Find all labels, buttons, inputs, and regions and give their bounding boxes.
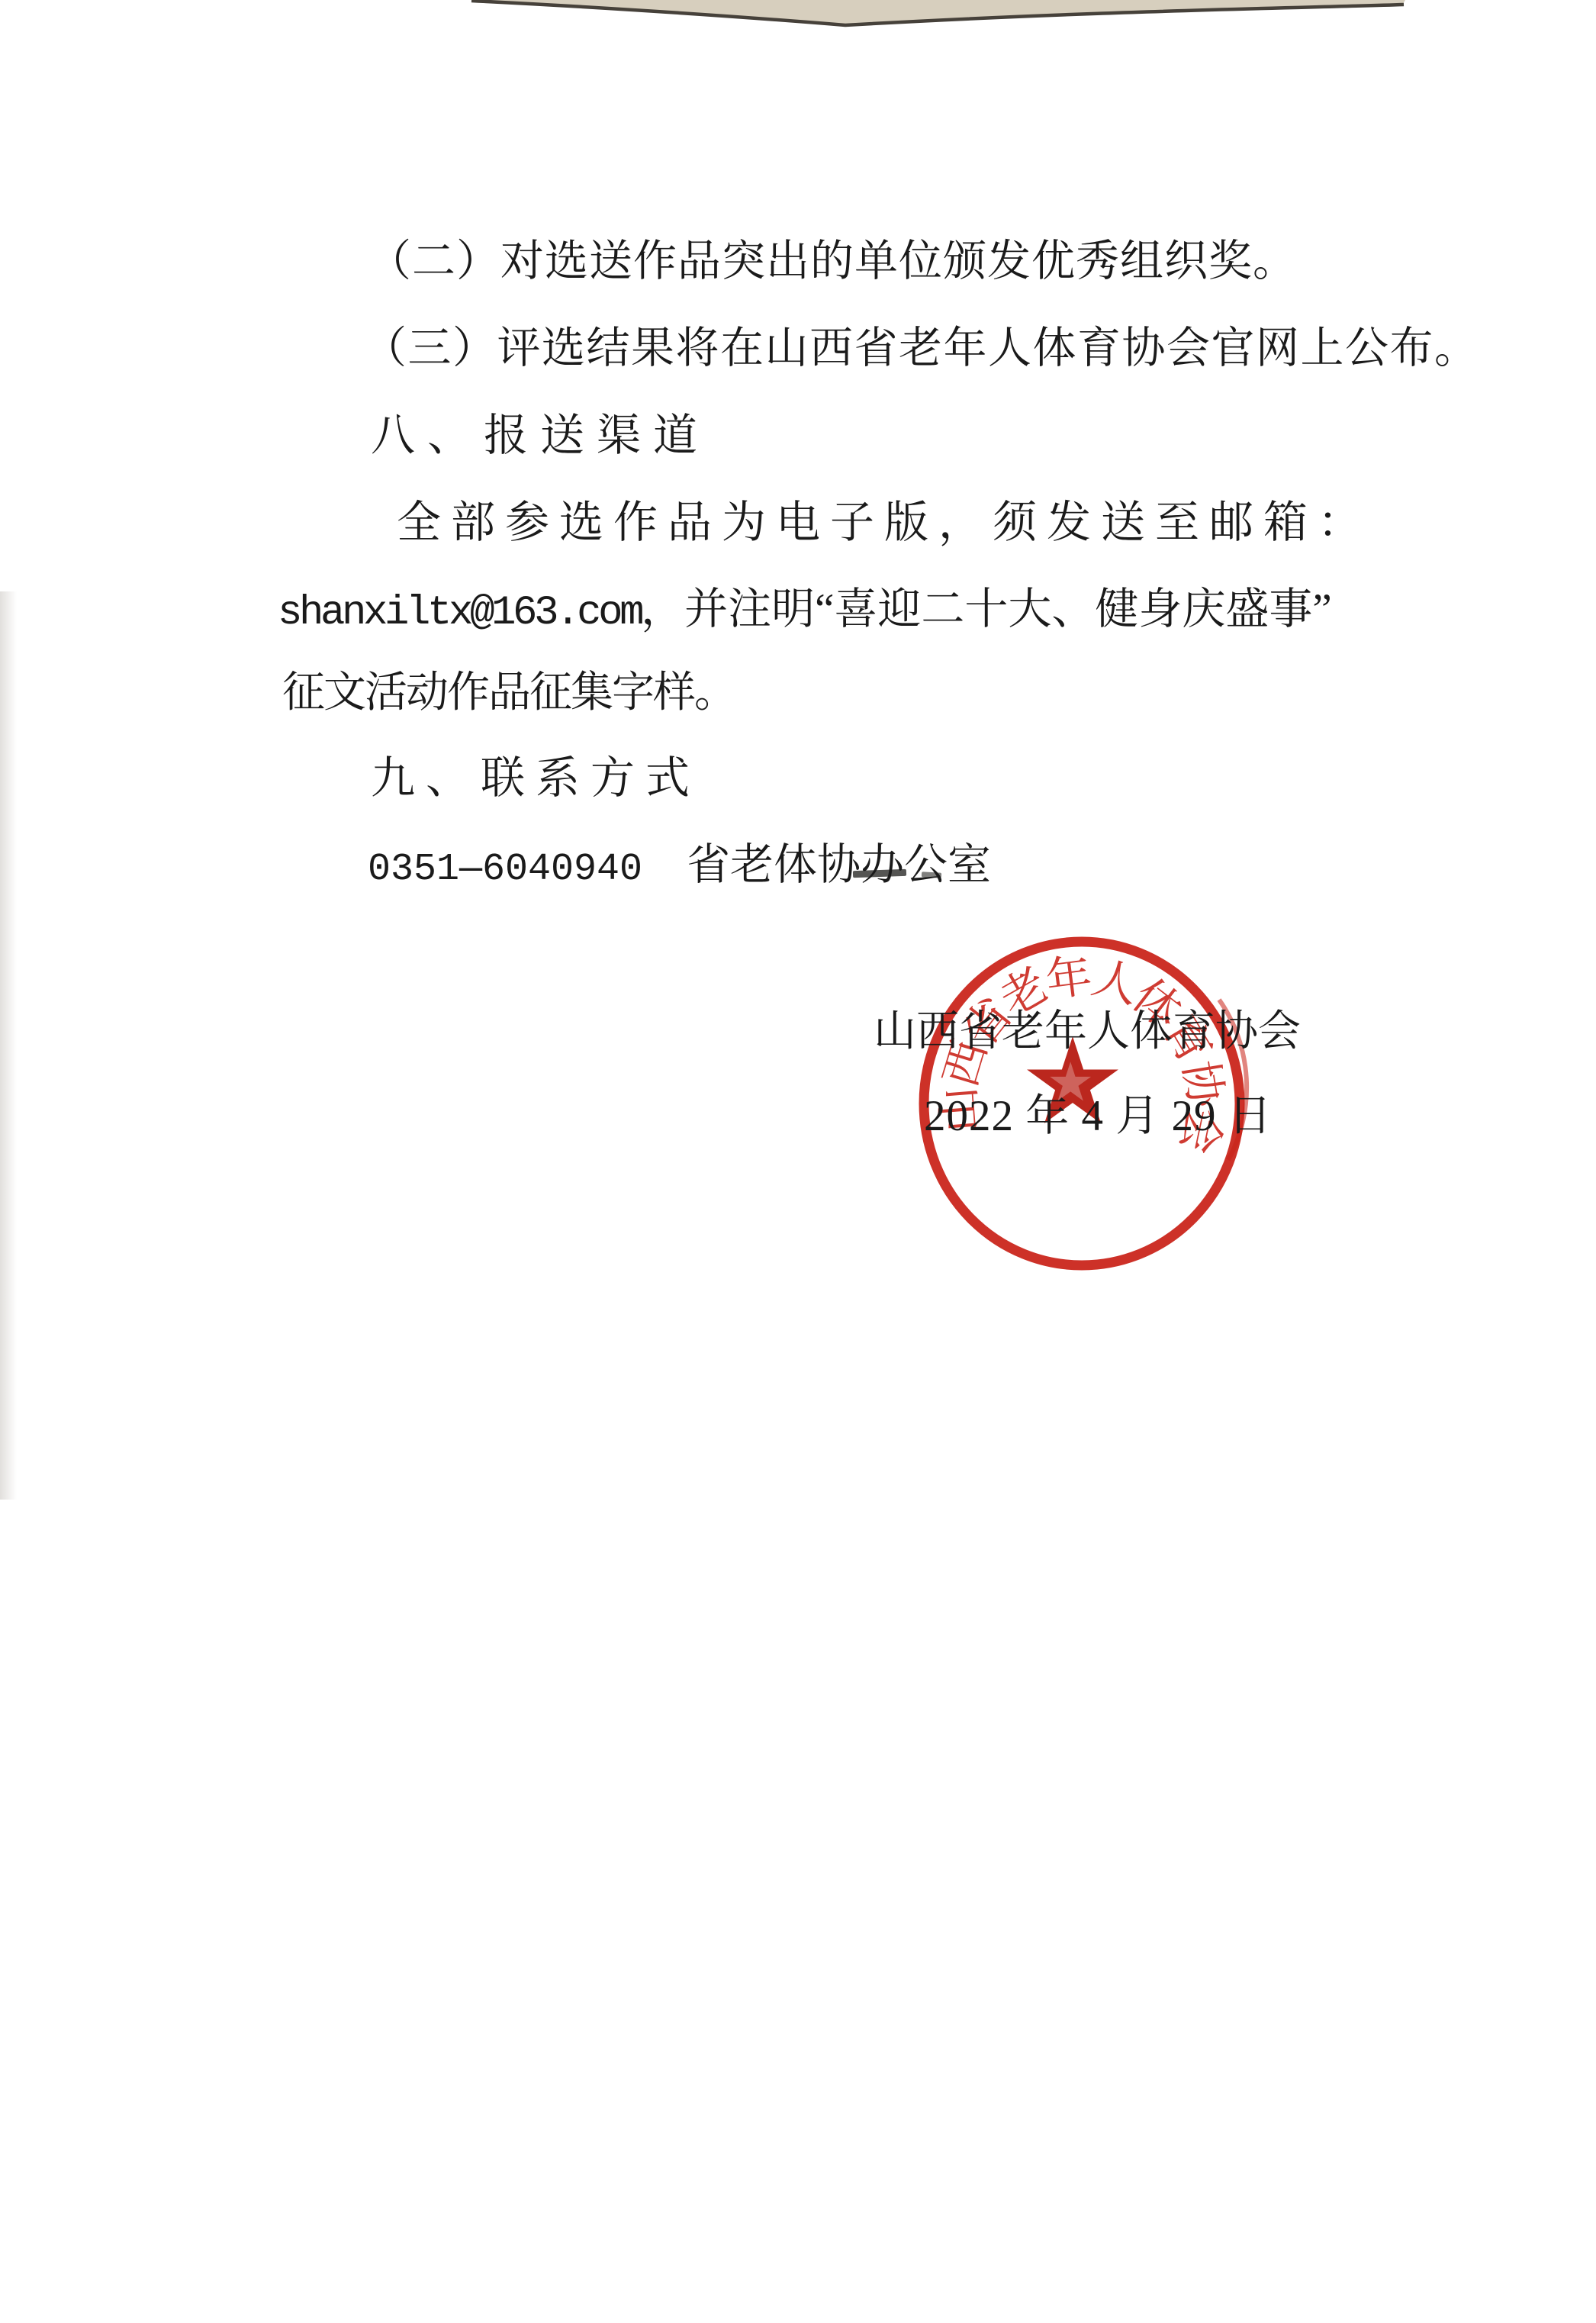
phone-number: 0351—6040940 xyxy=(368,848,642,891)
office-name: 省老体协办公室 xyxy=(687,841,991,889)
signature-organization: 山西省老年人体育协会 xyxy=(874,1007,1301,1056)
email-address: shanxiltx@163.com xyxy=(278,590,641,636)
email-note-text: ，并注明“喜迎二十大、健身庆盛事” xyxy=(641,585,1332,633)
list-item-two: （二）对选送作品突出的单位颁发优秀组织奖。 xyxy=(368,237,1297,287)
scan-edge-artifact xyxy=(0,0,1596,53)
section-eight-paragraph: 全部参选作品为电子版，须发送至邮箱： xyxy=(397,498,1372,549)
signature-date: 2022 年 4 月 29 日 xyxy=(924,1091,1273,1142)
section-heading-nine: 九、联系方式 xyxy=(371,753,700,804)
email-line: shanxiltx@163.com，并注明“喜迎二十大、健身庆盛事” xyxy=(278,585,1332,637)
contact-line: 0351—6040940省老体协办公室 xyxy=(368,840,991,892)
scanned-document-page: 山西省老年人体育协会 （二）对选送作品突出的单位颁发优秀组织奖。 （三）评选结果… xyxy=(0,0,1596,2323)
list-item-three: （三）评选结果将在山西省老年人体育协会官网上公布。 xyxy=(363,324,1479,374)
scan-left-edge-band xyxy=(0,591,17,1500)
email-note-continuation: 征文活动作品征集字样。 xyxy=(282,669,735,717)
section-heading-eight: 八、报送渠道 xyxy=(371,411,710,462)
